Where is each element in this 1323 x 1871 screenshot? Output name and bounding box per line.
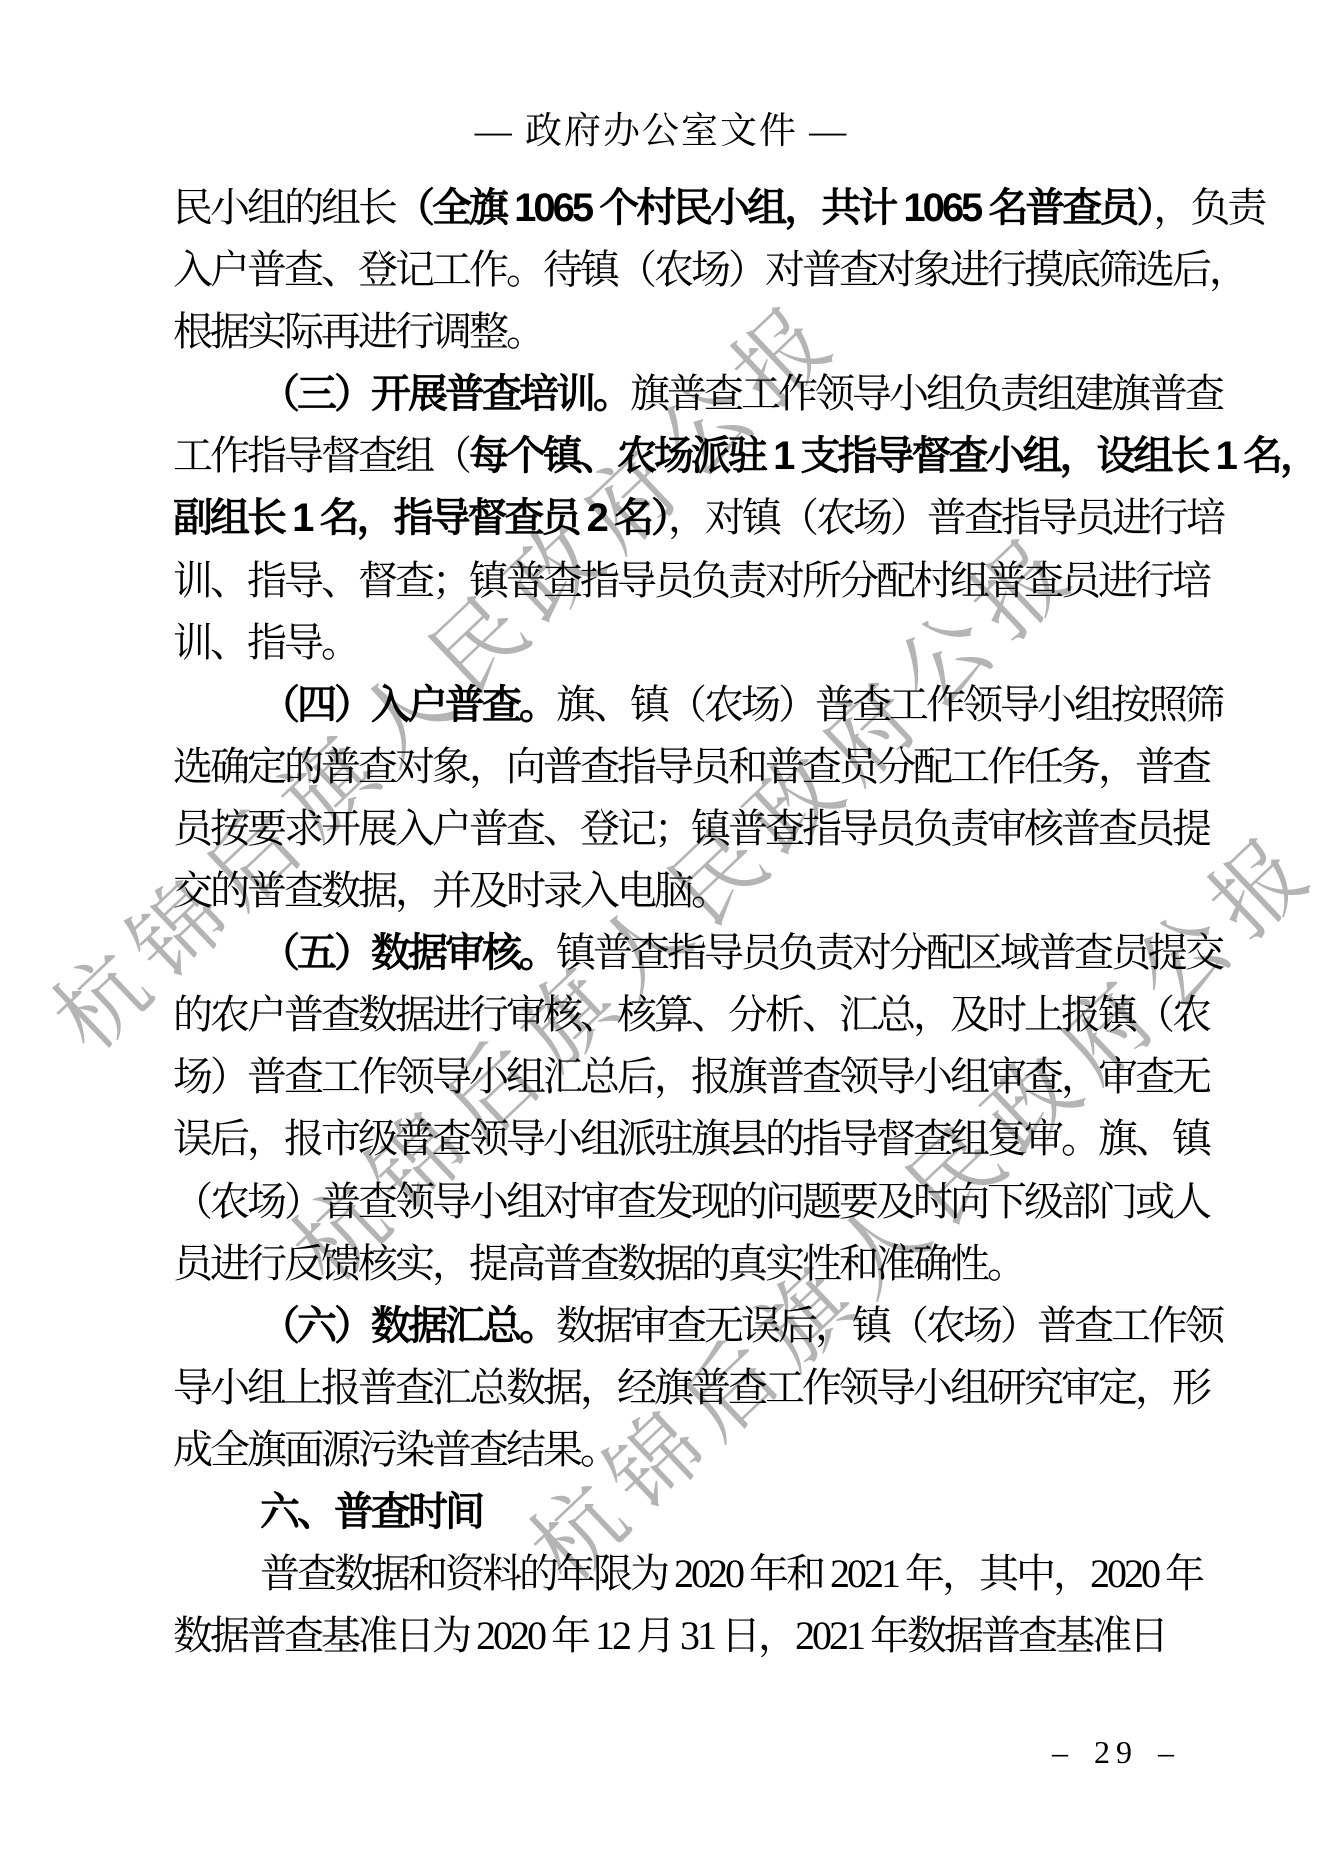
text-line: 数据普查基准日为 2020 年 12 月 31 日，2021 年数据普查基准日 [173,1605,1310,1667]
text-line: 员进行反馈核实，提高普查数据的真实性和准确性。 [173,1233,1310,1295]
text-run: 导小组上报普查汇总数据，经旗普查工作领导小组研究审定，形 [173,1365,1209,1410]
text-line: （六）数据汇总。数据审查无误后，镇（农场）普查工作领 [173,1295,1310,1357]
text-run: 旗、镇（农场）普查工作领导小组按照筛 [556,682,1222,727]
text-run: 训、指导、督查；镇普查指导员负责对所分配村组普查员进行培 [173,558,1209,603]
text-run: 员按要求开展入户普查、登记；镇普查指导员负责审核普查员提 [173,806,1209,851]
text-line: （五）数据审核。镇普查指导员负责对分配区域普查员提交 [173,922,1310,984]
text-run: （农场）普查领导小组对审查发现的问题要及时向下级部门或人 [173,1179,1209,1224]
document-body: 民小组的组长（全旗 1065 个村民小组，共计 1065 名普查员），负责入户普… [173,177,1310,1667]
text-run: 交的普查数据，并及时录入电脑。 [173,868,728,913]
text-line: （农场）普查领导小组对审查发现的问题要及时向下级部门或人 [173,1171,1310,1233]
text-run: 数据普查基准日为 2020 年 12 月 31 日，2021 年数据普查基准日 [173,1613,1166,1658]
text-line: 成全旗面源污染普查结果。 [173,1419,1310,1481]
emphasis-text-run: 每个镇、农场派驻 1 支指导督查小组，设组长 1 名， [469,434,1317,478]
text-run: ，负责 [1153,185,1264,230]
text-run: 误后，报市级普查领导小组派驻旗县的指导督查组复审。旗、镇 [173,1116,1209,1161]
text-line: 入户普查、登记工作。待镇（农场）对普查对象进行摸底筛选后， [173,239,1310,301]
text-run: 选确定的普查对象，向普查指导员和普查员分配工作任务，普查 [173,744,1209,789]
text-line: 导小组上报普查汇总数据，经旗普查工作领导小组研究审定，形 [173,1357,1310,1419]
text-run: 工作指导督查组（ [173,433,469,478]
text-run: 训、指导。 [173,620,358,665]
text-line: （三）开展普查培训。旗普查工作领导小组负责组建旗普查 [173,363,1310,425]
text-line: 交的普查数据，并及时录入电脑。 [173,860,1310,922]
text-run: 成全旗面源污染普查结果。 [173,1427,617,1472]
text-run: 镇普查指导员负责对分配区域普查员提交 [556,930,1222,975]
emphasis-text-run: 副组长 1 名，指导督查员 2 名） [173,496,668,540]
emphasis-text-run: （五）数据审核。 [260,931,556,975]
page-number: – 29 – [1052,1734,1180,1771]
text-line: 六、普查时间 [173,1481,1310,1543]
text-line: 副组长 1 名，指导督查员 2 名），对镇（农场）普查指导员进行培 [173,487,1310,549]
text-line: 场）普查工作领导小组汇总后，报旗普查领导小组审查，审查无 [173,1046,1310,1108]
text-line: 训、指导。 [173,612,1310,674]
text-line: 误后，报市级普查领导小组派驻旗县的指导督查组复审。旗、镇 [173,1108,1310,1170]
text-line: 员按要求开展入户普查、登记；镇普查指导员负责审核普查员提 [173,798,1310,860]
text-run: 普查数据和资料的年限为 2020 年和 2021 年，其中，2020 年 [260,1551,1202,1596]
text-line: 根据实际再进行调整。 [173,301,1310,363]
emphasis-text-run: （全旗 1065 个村民小组，共计 1065 名普查员） [395,186,1153,230]
text-run: 数据审查无误后，镇（农场）普查工作领 [556,1303,1222,1348]
text-line: 的农户普查数据进行审核、核算、分析、汇总，及时上报镇（农 [173,984,1310,1046]
text-line: 工作指导督查组（每个镇、农场派驻 1 支指导督查小组，设组长 1 名， [173,425,1310,487]
text-line: 民小组的组长（全旗 1065 个村民小组，共计 1065 名普查员），负责 [173,177,1310,239]
page-header-title: — 政府办公室文件 — [0,100,1323,154]
document-page: 杭锦后旗人民政府公报 杭锦后旗人民政府公报 杭锦后旗人民政府公报 — 政府办公室… [0,0,1323,1871]
text-line: （四）入户普查。旗、镇（农场）普查工作领导小组按照筛 [173,674,1310,736]
emphasis-text-run: （六）数据汇总。 [260,1304,556,1348]
emphasis-text-run: （三）开展普查培训。 [260,372,630,416]
emphasis-text-run: 六、普查时间 [260,1490,482,1534]
text-line: 训、指导、督查；镇普查指导员负责对所分配村组普查员进行培 [173,550,1310,612]
text-run: 的农户普查数据进行审核、核算、分析、汇总，及时上报镇（农 [173,992,1209,1037]
emphasis-text-run: （四）入户普查。 [260,683,556,727]
text-run: 员进行反馈核实，提高普查数据的真实性和准确性。 [173,1241,1024,1286]
text-run: 场）普查工作领导小组汇总后，报旗普查领导小组审查，审查无 [173,1054,1209,1099]
text-run: 入户普查、登记工作。待镇（农场）对普查对象进行摸底筛选后， [173,247,1246,292]
text-line: 普查数据和资料的年限为 2020 年和 2021 年，其中，2020 年 [173,1543,1310,1605]
text-run: ，对镇（农场）普查指导员进行培 [668,495,1223,540]
text-run: 民小组的组长 [173,185,395,230]
text-run: 根据实际再进行调整。 [173,309,543,354]
text-run: 旗普查工作领导小组负责组建旗普查 [630,371,1222,416]
text-line: 选确定的普查对象，向普查指导员和普查员分配工作任务，普查 [173,736,1310,798]
